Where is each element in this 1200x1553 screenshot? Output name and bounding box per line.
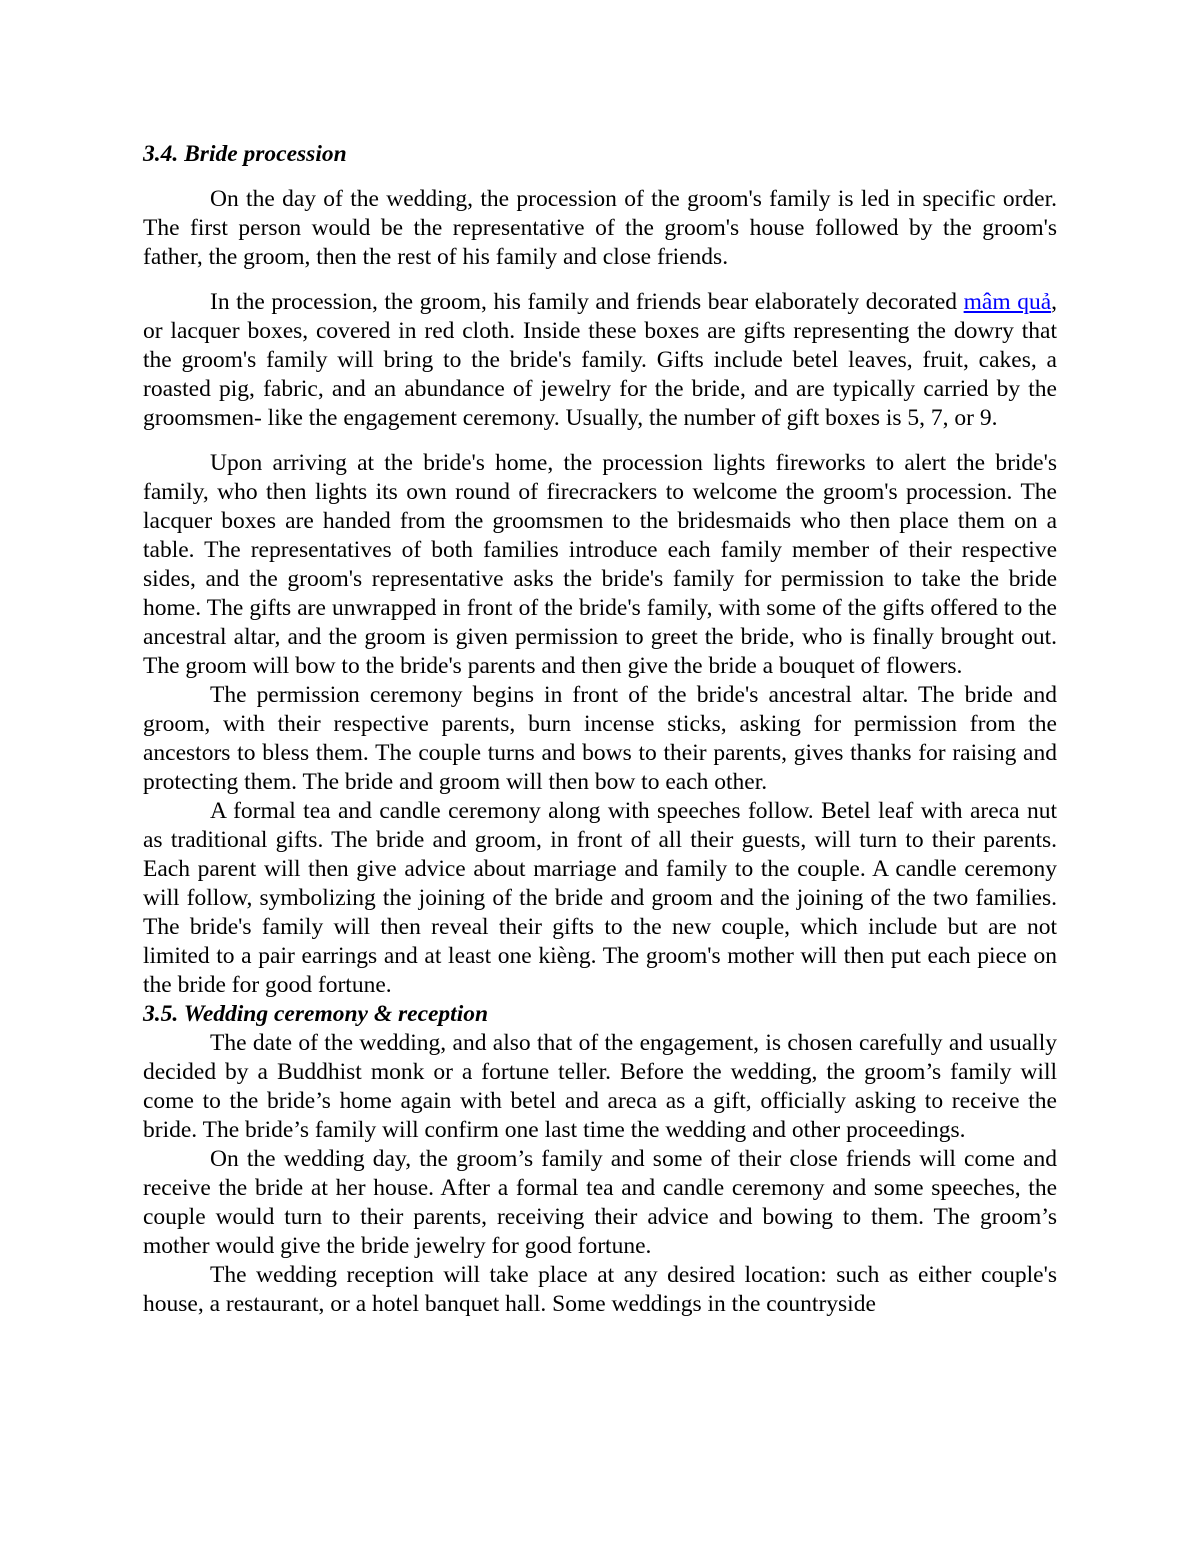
paragraph-procession-order: On the day of the wedding, the processio… [143,185,1057,272]
paragraph-text-before-link: In the procession, the groom, his family… [210,289,964,315]
mam-qua-link[interactable]: mâm quả [964,289,1052,315]
paragraph-arrival-at-brides-home: Upon arriving at the bride's home, the p… [143,449,1057,681]
document-page: 3.4. Bride procession On the day of the … [0,0,1200,1553]
section-heading-3-4: 3.4. Bride procession [143,140,1057,169]
paragraph-mam-qua: In the procession, the groom, his family… [143,288,1057,433]
section-heading-3-5: 3.5. Wedding ceremony & reception [143,1000,1057,1029]
paragraph-wedding-day: On the wedding day, the groom’s family a… [143,1145,1057,1261]
paragraph-wedding-reception: The wedding reception will take place at… [143,1261,1057,1319]
paragraph-permission-ceremony: The permission ceremony begins in front … [143,681,1057,797]
paragraph-wedding-date: The date of the wedding, and also that o… [143,1029,1057,1145]
paragraph-tea-candle-ceremony: A formal tea and candle ceremony along w… [143,797,1057,1000]
document-content: 3.4. Bride procession On the day of the … [143,140,1057,1319]
